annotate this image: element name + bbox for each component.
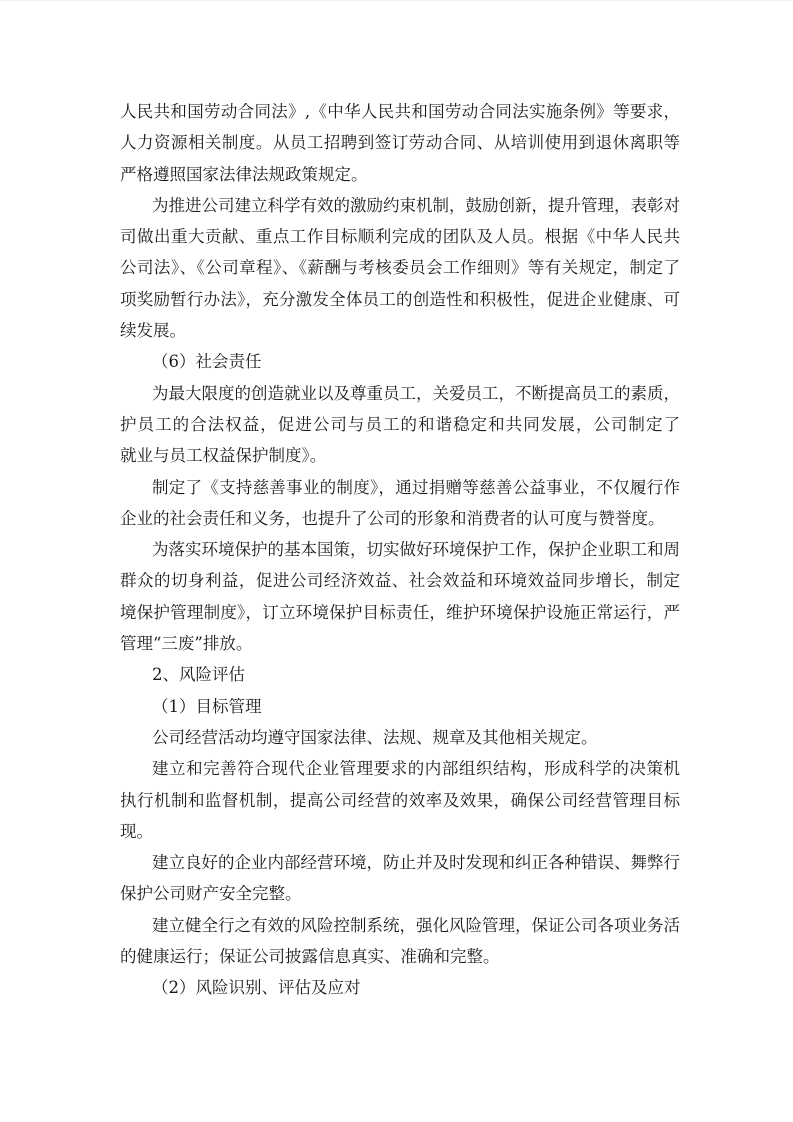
text-line: 公司法》、《公司章程》、《薪酬与考核委员会工作细则》等有关规定，制定了《专 [120, 252, 680, 283]
text-line: 公司经营活动均遵守国家法律、法规、规章及其他相关规定。 [120, 722, 680, 753]
paragraph: 建立良好的企业内部经营环境，防止并及时发现和纠正各种错误、舞弊行为，保护公司财产… [120, 847, 680, 910]
section-heading: （6）社会责任 [120, 346, 680, 377]
text-line: 境保护管理制度》，订立环境保护目标责任，维护环境保护设施正常运行，严格 [120, 597, 680, 628]
paragraph: 人民共和国劳动合同法》,《中华人民共和国劳动合同法实施条例》等要求，制定人力资源… [120, 96, 680, 190]
text-line: 执行机制和监督机制，提高公司经营的效率及效果，确保公司经营管理目标的实 [120, 785, 680, 816]
text-line: 严格遵照国家法律法规政策规定。 [120, 159, 680, 190]
text-line: 护员工的合法权益，促进公司与员工的和谐稳定和共同发展，公司制定了《促进 [120, 409, 680, 440]
document-page: 人民共和国劳动合同法》,《中华人民共和国劳动合同法实施条例》等要求，制定人力资源… [0, 0, 793, 1122]
section-heading: （2）风险识别、评估及应对 [120, 972, 680, 1003]
paragraph: 制定了《支持慈善事业的制度》，通过捐赠等慈善公益事业，不仅履行作为企业的社会责任… [120, 472, 680, 535]
text-line: 2、风险评估 [120, 659, 680, 690]
paragraph: 建立健全行之有效的风险控制系统，强化风险管理，保证公司各项业务活动的健康运行；保… [120, 910, 680, 973]
text-line: 保护公司财产安全完整。 [120, 878, 680, 909]
paragraph: 为推进公司建立科学有效的激励约束机制，鼓励创新，提升管理，表彰对公司做出重大贡献… [120, 190, 680, 346]
text-line: 就业与员工权益保护制度》。 [120, 440, 680, 471]
text-line: （1）目标管理 [120, 691, 680, 722]
paragraph: 公司经营活动均遵守国家法律、法规、规章及其他相关规定。 [120, 722, 680, 753]
text-line: 项奖励暂行办法》，充分激发全体员工的创造性和积极性，促进企业健康、可持 [120, 284, 680, 315]
text-line: 司做出重大贡献、重点工作目标顺利完成的团队及人员。根据《中华人民共和国 [120, 221, 680, 252]
text-line: 管理“三废”排放。 [120, 628, 680, 659]
paragraph: 为落实环境保护的基本国策，切实做好环境保护工作，保护企业职工和周围群众的切身利益… [120, 534, 680, 659]
text-line: 现。 [120, 816, 680, 847]
paragraph: 为最大限度的创造就业以及尊重员工，关爱员工，不断提高员工的素质，维护员工的合法权… [120, 378, 680, 472]
document-body: 人民共和国劳动合同法》,《中华人民共和国劳动合同法实施条例》等要求，制定人力资源… [120, 96, 680, 1004]
text-line: 的健康运行；保证公司披露信息真实、准确和完整。 [120, 941, 680, 972]
text-line: 群众的切身利益，促进公司经济效益、社会效益和环境效益同步增长，制定《环 [120, 565, 680, 596]
text-line: 企业的社会责任和义务，也提升了公司的形象和消费者的认可度与赞誉度。 [120, 503, 680, 534]
text-line: （2）风险识别、评估及应对 [120, 972, 680, 1003]
text-line: 建立良好的企业内部经营环境，防止并及时发现和纠正各种错误、舞弊行为， [120, 847, 680, 878]
text-line: 人民共和国劳动合同法》,《中华人民共和国劳动合同法实施条例》等要求，制定 [120, 96, 680, 127]
section-heading: （1）目标管理 [120, 691, 680, 722]
paragraph: 建立和完善符合现代企业管理要求的内部组织结构，形成科学的决策机制、执行机制和监督… [120, 753, 680, 847]
text-line: 为推进公司建立科学有效的激励约束机制，鼓励创新，提升管理，表彰对公 [120, 190, 680, 221]
text-line: 建立和完善符合现代企业管理要求的内部组织结构，形成科学的决策机制、 [120, 753, 680, 784]
text-line: 制定了《支持慈善事业的制度》，通过捐赠等慈善公益事业，不仅履行作为 [120, 472, 680, 503]
text-line: （6）社会责任 [120, 346, 680, 377]
text-line: 续发展。 [120, 315, 680, 346]
text-line: 为最大限度的创造就业以及尊重员工，关爱员工，不断提高员工的素质，维 [120, 378, 680, 409]
text-line: 为落实环境保护的基本国策，切实做好环境保护工作，保护企业职工和周围 [120, 534, 680, 565]
text-line: 人力资源相关制度。从员工招聘到签订劳动合同、从培训使用到退休离职等方面 [120, 127, 680, 158]
section-heading: 2、风险评估 [120, 659, 680, 690]
text-line: 建立健全行之有效的风险控制系统，强化风险管理，保证公司各项业务活动 [120, 910, 680, 941]
